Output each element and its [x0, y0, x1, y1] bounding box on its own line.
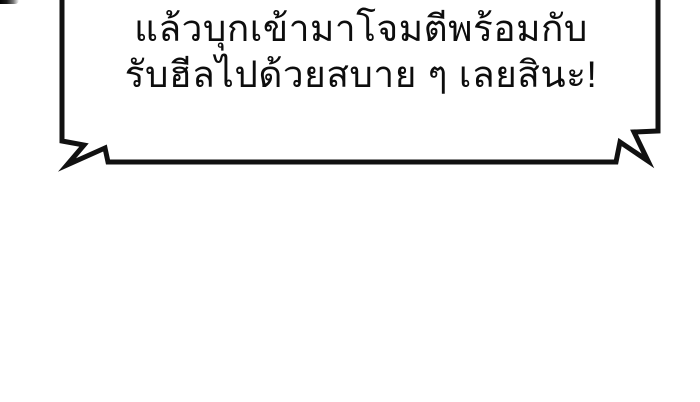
dialogue-line-1: แล้วบุกเข้ามาโจมตีพร้อมกับ — [66, 6, 656, 52]
dialogue-line-2: รับฮีลไปด้วยสบาย ๆ เลยสินะ! — [66, 52, 656, 98]
top-left-artwork-fragment — [0, 0, 19, 4]
comic-panel: แล้วบุกเข้ามาโจมตีพร้อมกับ รับฮีลไปด้วยส… — [0, 0, 700, 402]
dialogue-text: แล้วบุกเข้ามาโจมตีพร้อมกับ รับฮีลไปด้วยส… — [66, 6, 656, 98]
